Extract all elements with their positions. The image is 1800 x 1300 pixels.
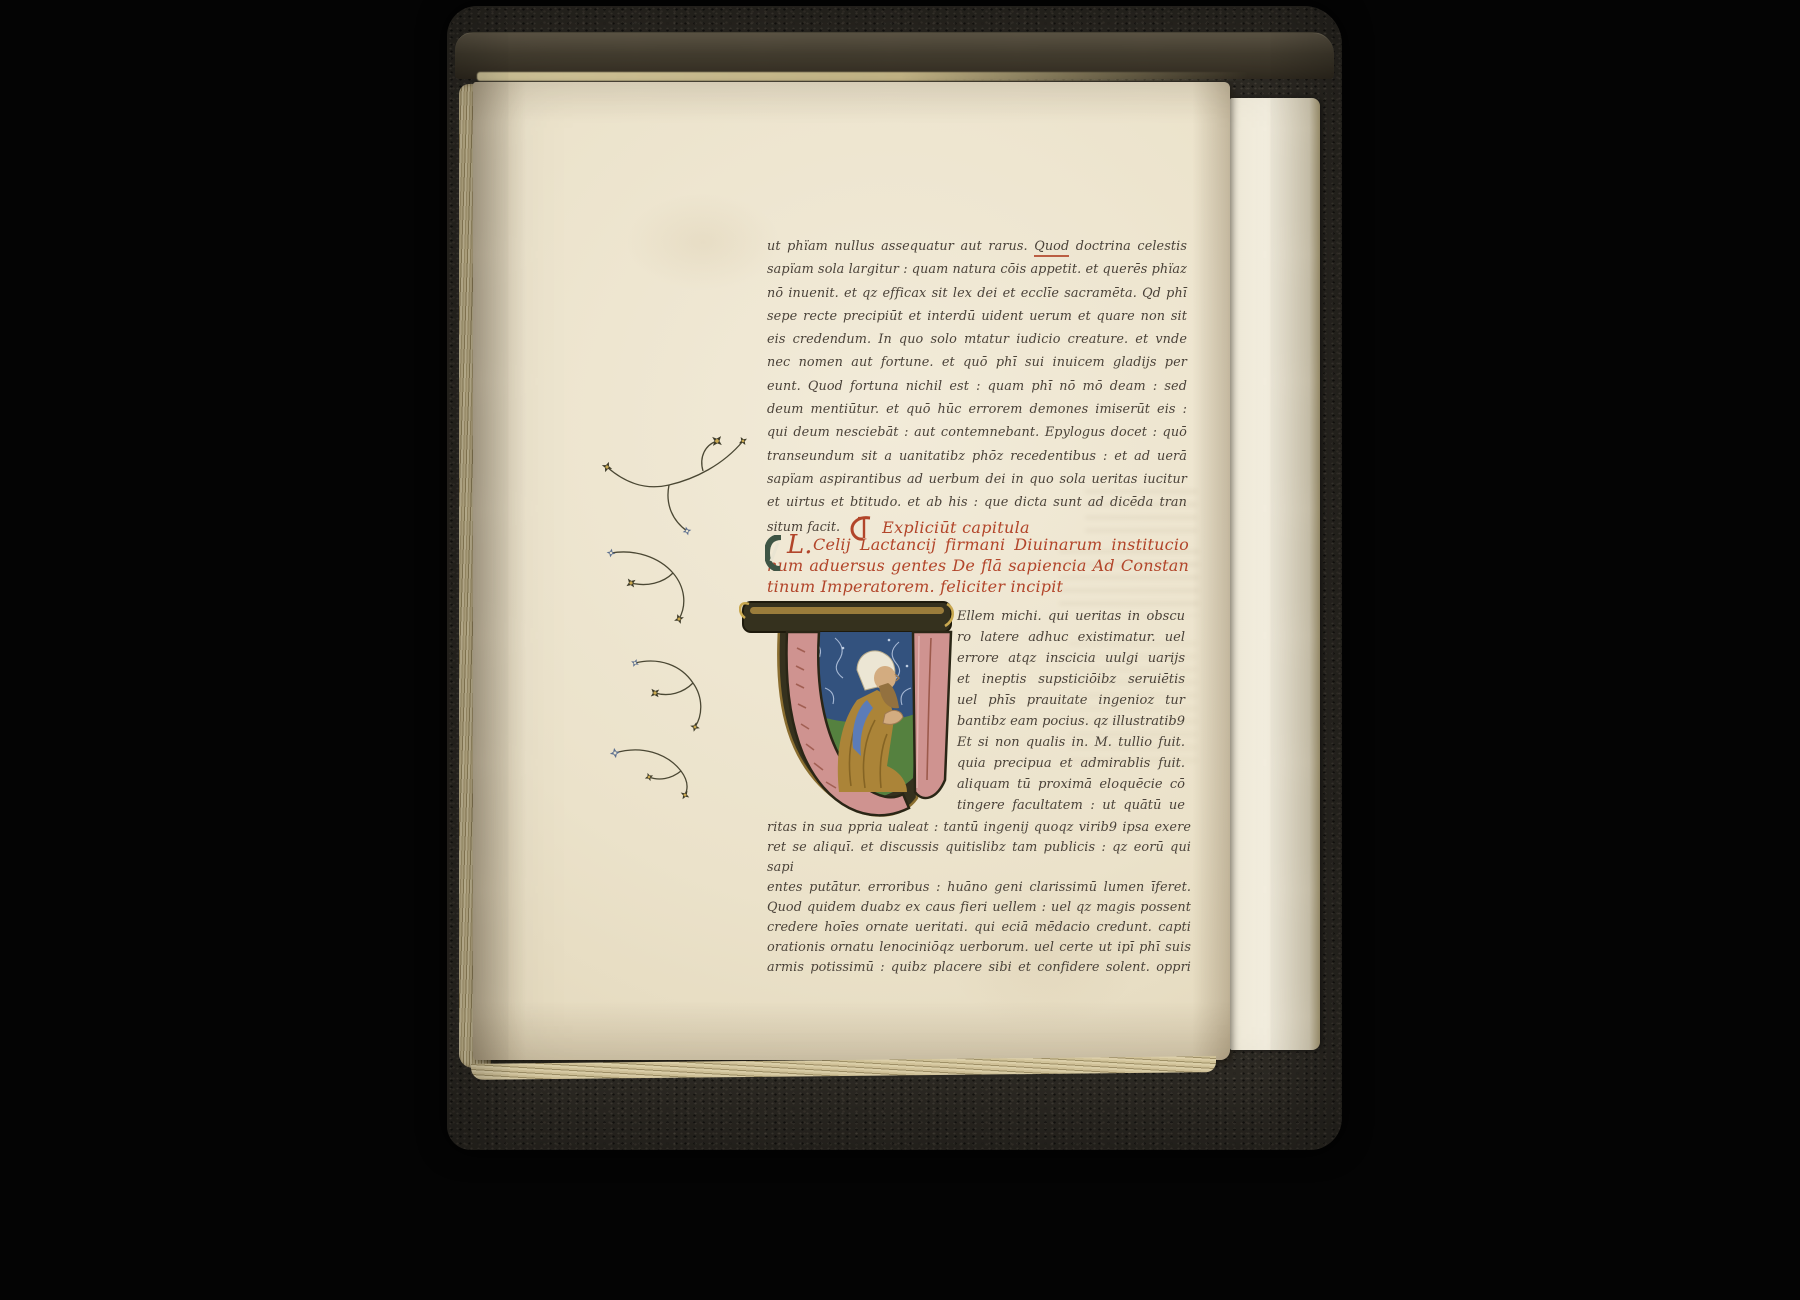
manuscript-book: ut phïam nullus assequatur aut rarus. Qu… — [447, 6, 1342, 1150]
text-line: bantibz eam pocius. qz illustratib9 — [957, 711, 1185, 732]
text-line: quia precipua et admirablis fuit. — [957, 753, 1185, 774]
incipit-rubric-block: L. Celij Lactancij firmani Diuinarum ins… — [767, 534, 1189, 597]
text-line: credere hoīes ornate ueritati. qui eciā … — [767, 918, 1191, 938]
paragraph-mark-green-icon — [765, 535, 783, 571]
capitula-line: nec nomen aut fortune. et quō phī sui in… — [767, 351, 1187, 374]
text-line: Ellem michi. qui ueritas in obscu — [957, 606, 1185, 627]
text-line: uel phīs prauitate ingenioz tur — [957, 690, 1185, 711]
incipit-line: num aduersus gentes De flā sapiencia Ad … — [767, 555, 1189, 576]
text-line: tingere facultatem : ut quātū ue — [957, 795, 1185, 816]
capitula-line: nō inuenit. et qz efficax sit lex dei et… — [767, 282, 1187, 305]
manuscript-page: ut phïam nullus assequatur aut rarus. Qu… — [473, 82, 1230, 1060]
text-line: ret se aliquī. et discussis quitislibz t… — [767, 838, 1191, 878]
capitula-text-block: ut phïam nullus assequatur aut rarus. Qu… — [767, 235, 1187, 541]
opening-column-text: Ellem michi. qui ueritas in obscu ro lat… — [957, 606, 1185, 816]
capitula-line: et uirtus et btitudo. et ab his : que di… — [767, 491, 1187, 514]
text-line: Et si non qualis in. M. tullio fuit. — [957, 732, 1185, 753]
text-line: ro latere adhuc existimatur. uel — [957, 627, 1185, 648]
capitula-line: deum mentiūtur. et quō hūc errorem demon… — [767, 398, 1187, 421]
text-line: et ineptis supsticiōibz seruiētis — [957, 669, 1185, 690]
opening-fullwidth-text: ritas in sua ppria ualeat : tantū ingeni… — [767, 818, 1191, 978]
capitula-line: eis credendum. In quo solo mtatur iudici… — [767, 328, 1187, 351]
text-line: Quod quidem duabz ex caus fieri uellem :… — [767, 898, 1191, 918]
text-line: aliquam tū proximā eloquēcie cō — [957, 774, 1185, 795]
text-line: entes putātur. erroribus : huāno geni cl… — [767, 878, 1191, 898]
rubric-initial-letter: L. — [787, 530, 813, 560]
underlined-word: Quod — [1034, 239, 1069, 257]
text-line: ritas in sua ppria ualeat : tantū ingeni… — [767, 818, 1191, 838]
historiated-initial-V — [739, 596, 955, 820]
capitula-line: eunt. Quod fortuna nichil est : quam phī… — [767, 375, 1187, 398]
capitula-line: transeundum sit a uanitatibz phōz recede… — [767, 445, 1187, 468]
capitula-line1-pre: ut phïam nullus assequatur aut rarus. — [767, 239, 1034, 254]
gilt-page-edge — [477, 72, 1249, 81]
marginal-flourish — [573, 431, 755, 803]
capitula-line: sapïam sola largitur : quam natura cōis … — [767, 258, 1187, 281]
text-line: errore atqz inscicia uulgi uarijs — [957, 648, 1185, 669]
incipit-line: Celij Lactancij firmani Diuinarum instit… — [767, 534, 1189, 555]
capitula-line: sepe recte precipiūt et interdū uident u… — [767, 305, 1187, 328]
capitula-line1-post: doctrina celestis — [1069, 239, 1187, 254]
underlying-page-edge — [1230, 98, 1320, 1050]
capitula-line: sapïam aspirantibus ad uerbum dei in quo… — [767, 468, 1187, 491]
incipit-line: tinum Imperatorem. feliciter incipit — [767, 576, 1189, 597]
text-line: orationis ornatu lenociniōqz uerborum. u… — [767, 938, 1191, 958]
text-line: armis potissimū : quibz placere sibi et … — [767, 958, 1191, 978]
capitula-line: ut phïam nullus assequatur aut rarus. Qu… — [767, 235, 1187, 258]
capitula-line: qui deum nesciebāt : aut contemnebant. E… — [767, 421, 1187, 444]
